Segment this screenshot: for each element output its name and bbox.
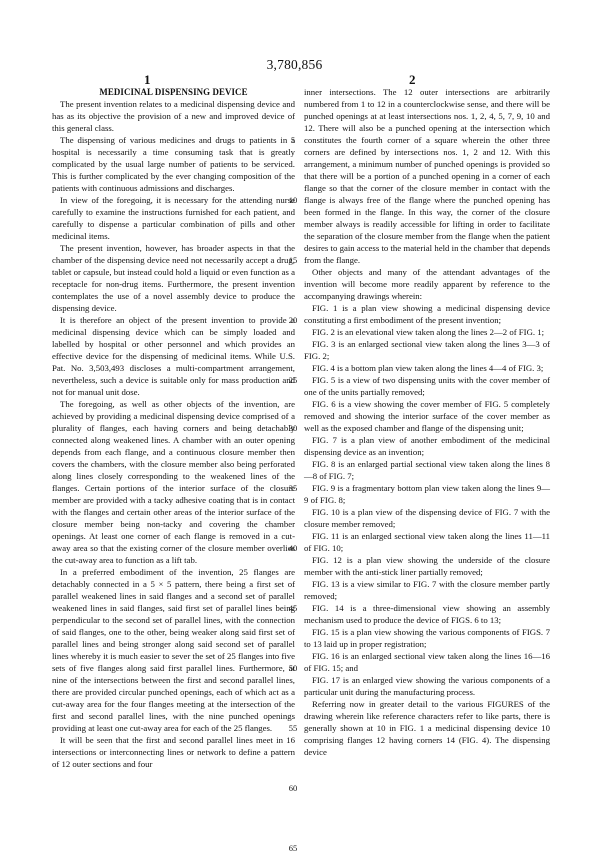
figure-description: FIG. 5 is a view of two dispensing units… xyxy=(304,374,550,398)
paragraph: In a preferred embodiment of the inventi… xyxy=(52,566,295,734)
figure-description: FIG. 13 is a view similar to FIG. 7 with… xyxy=(304,578,550,602)
figure-description: FIG. 16 is an enlarged sectional view ta… xyxy=(304,650,550,674)
line-number: 25 xyxy=(284,374,302,386)
figure-description: FIG. 11 is an enlarged sectional view ta… xyxy=(304,530,550,554)
line-number: 5 xyxy=(284,134,302,146)
line-number: 45 xyxy=(284,602,302,614)
line-number: 30 xyxy=(284,422,302,434)
line-number: 55 xyxy=(284,722,302,734)
line-number: 65 xyxy=(284,842,302,854)
paragraph: The dispensing of various medicines and … xyxy=(52,134,295,194)
paragraph: The present invention relates to a medic… xyxy=(52,98,295,134)
figure-description: FIG. 15 is a plan view showing the vario… xyxy=(304,626,550,650)
line-number: 40 xyxy=(284,542,302,554)
line-number: 35 xyxy=(284,482,302,494)
patent-number: 3,780,856 xyxy=(0,57,589,73)
figure-description: FIG. 7 is a plan view of another embodim… xyxy=(304,434,550,458)
figure-description: FIG. 1 is a plan view showing a medicina… xyxy=(304,302,550,326)
figure-description: FIG. 9 is a fragmentary bottom plan view… xyxy=(304,482,550,506)
line-number: 20 xyxy=(284,314,302,326)
left-column: MEDICINAL DISPENSING DEVICE The present … xyxy=(52,86,295,770)
paragraph: The present invention, however, has broa… xyxy=(52,242,295,314)
figure-description: FIG. 8 is an enlarged partial sectional … xyxy=(304,458,550,482)
line-number: 10 xyxy=(284,194,302,206)
figure-description: FIG. 6 is a view showing the cover membe… xyxy=(304,398,550,434)
paragraph: The foregoing, as well as other objects … xyxy=(52,398,295,566)
figure-description: FIG. 12 is a plan view showing the under… xyxy=(304,554,550,578)
paragraph: Referring now in greater detail to the v… xyxy=(304,698,550,758)
figure-description: FIG. 10 is a plan view of the dispensing… xyxy=(304,506,550,530)
paragraph: Other objects and many of the attendant … xyxy=(304,266,550,302)
paragraph: inner intersections. The 12 outer inters… xyxy=(304,86,550,266)
paragraph: It is therefore an object of the present… xyxy=(52,314,295,398)
line-number: 15 xyxy=(284,254,302,266)
document-title: MEDICINAL DISPENSING DEVICE xyxy=(52,86,295,98)
figure-description: FIG. 17 is an enlarged view showing the … xyxy=(304,674,550,698)
figure-description: FIG. 3 is an enlarged sectional view tak… xyxy=(304,338,550,362)
paragraph: In view of the foregoing, it is necessar… xyxy=(52,194,295,242)
line-number: 60 xyxy=(284,782,302,794)
figure-description: FIG. 4 is a bottom plan view taken along… xyxy=(304,362,550,374)
figure-description: FIG. 2 is an elevational view taken alon… xyxy=(304,326,550,338)
figure-description: FIG. 14 is a three-dimensional view show… xyxy=(304,602,550,626)
line-number: 50 xyxy=(284,662,302,674)
right-column: inner intersections. The 12 outer inters… xyxy=(304,86,550,758)
paragraph: It will be seen that the first and secon… xyxy=(52,734,295,770)
